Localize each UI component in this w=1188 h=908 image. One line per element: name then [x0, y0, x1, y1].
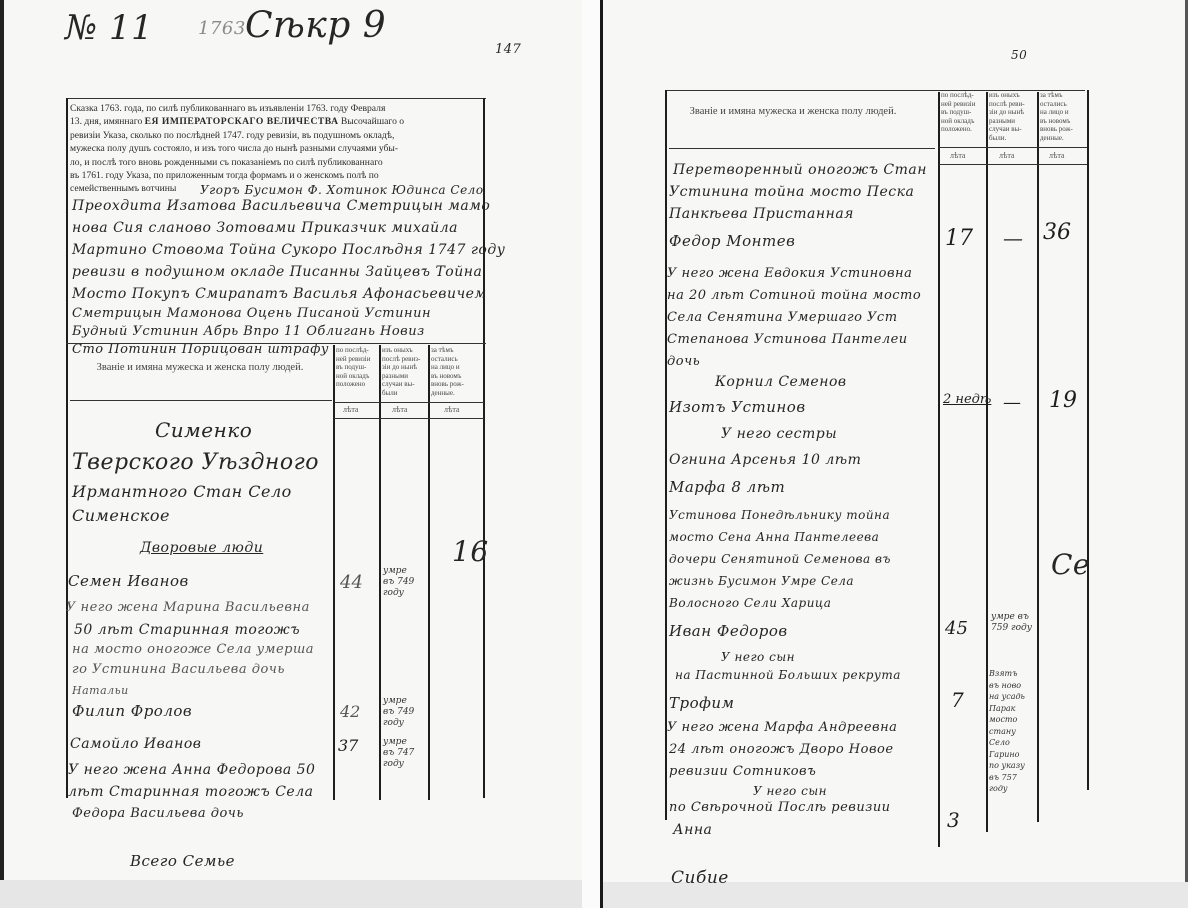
row-age: 17	[945, 226, 973, 251]
row-text: Села Сенятина Умершаго Уст	[667, 310, 898, 325]
row-text: Семен Иванов	[68, 572, 189, 590]
row-dash: —	[1003, 226, 1023, 250]
row-text: Огнина Арсенья 10 лѣт	[669, 452, 861, 468]
unit-rule	[334, 418, 484, 419]
column-unit: лѣта	[999, 151, 1014, 160]
row-text: У него сестры	[721, 426, 837, 442]
row-text: У него жена Евдокия Устиновна	[667, 266, 912, 281]
column-unit: лѣта	[950, 151, 965, 160]
column-unit: лѣта	[343, 405, 358, 414]
header-rule	[70, 400, 332, 401]
col-rule	[986, 92, 988, 832]
row-text: Натальи	[72, 684, 129, 697]
intro-text: Высочайшаго о	[339, 116, 405, 127]
row-text: 24 лѣт оногожъ Дворо Новое	[669, 742, 894, 757]
row-text: У него жена Марина Васильевна	[66, 600, 310, 615]
row-text: мосто Сена Анна Пантелеева	[669, 530, 879, 544]
col-rule	[428, 345, 430, 800]
row-note: Взятъ въ ново на усадь Парак мосто стану…	[989, 668, 1025, 795]
handwritten-line: нова Сия сланово Зотовами Приказчик миха…	[72, 220, 458, 236]
row-text: У него жена Анна Федорова 50	[68, 762, 315, 778]
intro-line: 13. дня, имяннаго ЕЯ ИМПЕРАТОРСКАГО ВЕЛИ…	[70, 115, 485, 128]
handwritten-line: Мартино Стовома Тойна Сукоро Послѣдня 17…	[72, 242, 505, 258]
row-note: умре въ 759 году	[991, 612, 1032, 634]
row-text: Сименко	[155, 418, 252, 442]
printed-intro: Сказка 1763. года, по силѣ публикованнаг…	[70, 102, 485, 196]
left-page: № 11 1763 Сѣкр 9 147 Сказка 1763. года, …	[0, 0, 584, 908]
col-rule	[938, 92, 940, 847]
row-text: Тверского Уѣздного	[72, 450, 319, 475]
row-text: на Пастинной Больших рекрута	[675, 668, 901, 682]
column-header: за тѣмъ остались на лицо и въ новомъ вно…	[431, 346, 481, 398]
column-header: за тѣмъ остались на лицо и въ новомъ вно…	[1040, 91, 1086, 143]
table-main-header: Званiе и имяна мужеска и женска полу люд…	[683, 104, 903, 119]
row-text: 50 лѣт Старинная тогожъ	[74, 622, 300, 638]
page-bottom-shadow	[0, 880, 582, 908]
row-age: 3	[947, 808, 960, 832]
row-text: Устинина тойна мосто Песка	[669, 184, 914, 200]
row-note: умре въ 749 году	[383, 566, 414, 599]
intro-title: ЕЯ ИМПЕРАТОРСКАГО ВЕЛИЧЕСТВА	[145, 116, 339, 127]
page-footer-text: Сибие	[671, 868, 729, 888]
row-text: по Свѣрочной Послѣ ревизии	[669, 800, 891, 815]
faint-mark: 1763	[198, 18, 246, 39]
row-text: Федора Васильева дочь	[72, 806, 244, 821]
row-text: ревизии Сотниковъ	[669, 764, 816, 779]
col-rule	[333, 345, 335, 800]
row-text: Устинова Понедѣльнику тойна	[669, 508, 890, 522]
handwritten-line: Мосто Покупъ Смирапатъ Василья Афонасьев…	[72, 286, 487, 302]
column-header: изъ оныхъ послѣ ревиз- зiи до нынѣ разны…	[382, 346, 427, 398]
column-header: изъ оныхъ послѣ реви- зiи до нынѣ разным…	[989, 91, 1035, 143]
row-text: Иван Федоров	[669, 622, 788, 640]
row-text: Корнил Семенов	[715, 374, 847, 390]
row-text: жизнь Бусимон Умре Села	[669, 574, 854, 588]
row-age: 7	[951, 688, 964, 712]
handwritten-line: ревизи в подушном окладе Писанны Зайцевъ…	[72, 264, 482, 280]
row-text: на мосто оногоже Села умерша	[72, 642, 314, 657]
row-note: умре въ 749 году	[383, 696, 414, 729]
signature-mark: Сѣкр 9	[245, 5, 386, 46]
row-text: Федор Монтев	[669, 232, 795, 250]
column-unit: лѣта	[392, 405, 407, 414]
row-text: го Устинина Васильева дочь	[72, 662, 285, 677]
row-text: Панкѣева Пристанная	[669, 206, 854, 222]
column-unit: лѣта	[1049, 151, 1064, 160]
row-text: Марфа 8 лѣт	[669, 478, 785, 496]
row-text: Ирмантного Стан Село	[72, 482, 292, 501]
table-top-rule	[66, 343, 486, 344]
handwritten-line: Преохдита Изатова Васильевича Сметрицын …	[72, 198, 490, 214]
handwritten-line: Угоръ Бусимон Ф. Хотинок Юдинса Село	[200, 183, 484, 197]
handwritten-line: Сметрицын Мамонова Оцень Писаной Устинин	[72, 306, 431, 321]
row-note: умре въ 747 году	[383, 737, 414, 770]
row-dash: —	[1003, 392, 1021, 413]
row-text: У него сын	[753, 784, 827, 798]
box-left-rule	[66, 98, 68, 798]
margin-mark: 16	[452, 535, 489, 568]
number-mark: № 11	[65, 8, 153, 48]
column-unit: лѣта	[444, 405, 459, 414]
page-footer-text: Всего Семье	[130, 852, 235, 870]
intro-line: ло, и послѣ того вновь рожденными съ пок…	[70, 156, 485, 169]
header-rule	[669, 148, 935, 149]
intro-line: ревизiи Указа, сколько по послѣдней 1747…	[70, 129, 485, 142]
intro-text: 13. дня, имяннаго	[70, 116, 145, 127]
col-rule	[379, 345, 381, 800]
table-main-header: Званiе и имяна мужеска и женска полу люд…	[80, 360, 320, 375]
row-text: Анна	[673, 822, 712, 838]
row-text: Перетворенный оногожъ Стан	[673, 162, 927, 178]
row-text: дочери Сенятиной Семенова въ	[669, 552, 891, 566]
book-gutter	[582, 0, 600, 908]
unit-rule	[939, 147, 1087, 148]
row-age: 37	[338, 736, 358, 755]
box-left-rule	[665, 90, 667, 166]
row-text: лѣт Старинная тогожъ Села	[68, 784, 313, 800]
intro-line: Сказка 1763. года, по силѣ публикованнаг…	[70, 102, 485, 115]
row-text: на 20 лѣт Сотиной тойна мосто	[667, 288, 921, 303]
row-text: У него жена Марфа Андреевна	[667, 720, 897, 735]
row-text: Филип Фролов	[72, 702, 192, 720]
row-text: Изотъ Устинов	[669, 398, 806, 416]
folio-number: 147	[495, 42, 521, 57]
column-header: по послѣд- ней ревизiи въ подуш- ной окл…	[941, 91, 985, 134]
margin-mark: Се	[1051, 548, 1090, 581]
unit-rule	[939, 164, 1087, 165]
folio-number: 50	[1011, 48, 1027, 62]
row-text: дочь	[667, 354, 700, 369]
intro-line: мужеска полу душъ состояло, и изъ того ч…	[70, 142, 485, 155]
row-age: 2 недѣ	[943, 392, 991, 407]
box-right-rule	[1087, 90, 1089, 790]
row-text: У него сын	[721, 650, 795, 664]
row-text: Самойло Иванов	[70, 736, 201, 752]
row-age: 44	[340, 572, 363, 593]
row-text: Дворовые люди	[140, 540, 263, 556]
row-text: Волосного Сели Харица	[669, 596, 831, 610]
col-rule	[1037, 92, 1039, 822]
box-top-rule	[66, 98, 486, 99]
row-age: 42	[340, 702, 360, 721]
page-edge	[0, 0, 4, 908]
row-text: Трофим	[669, 694, 734, 712]
right-page: 50 Званiе и имяна мужеска и женска полу …	[600, 0, 1188, 908]
row-text: Сименское	[72, 506, 170, 525]
column-header: по послѣд- ней ревизiи въ подуш- ной окл…	[336, 346, 378, 389]
unit-rule	[334, 402, 484, 403]
intro-line: въ 1761. году Указа, по приложенным тогд…	[70, 169, 485, 182]
handwritten-line: Сто Потинин Порицован штрафу	[72, 342, 329, 357]
row-text: Степанова Устинова Пантелеи	[667, 332, 908, 347]
handwritten-line: Будный Устинин Абрь Впро 11 Облигань Нов…	[72, 324, 425, 339]
row-age-current: 19	[1049, 388, 1077, 413]
row-age: 45	[945, 618, 968, 639]
row-age-current: 36	[1043, 220, 1071, 245]
